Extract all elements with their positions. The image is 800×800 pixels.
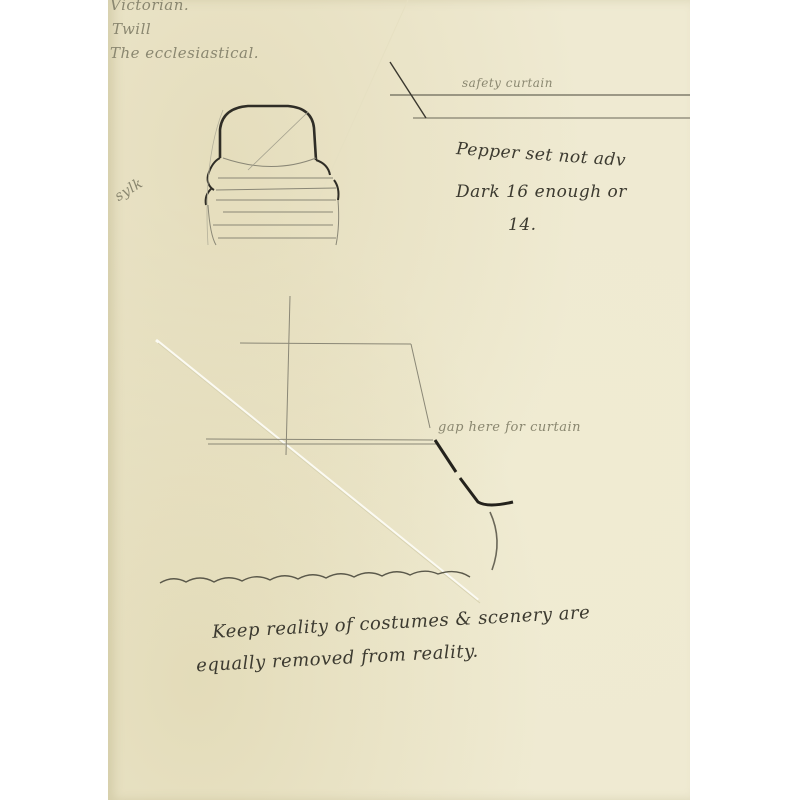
sketch-paper: Victorian. Twill The ecclesiastical. syl… — [108, 0, 690, 800]
note-gap-for-curtain: gap here for curtain — [438, 420, 581, 435]
note-14: 14. — [508, 215, 537, 235]
note-ecclesiastical: The ecclesiastical. — [110, 44, 259, 62]
note-dark-16: Dark 16 enough or — [456, 182, 627, 202]
bag-drawing — [206, 106, 339, 245]
curtain-outline — [160, 440, 513, 583]
note-twill: Twill — [112, 20, 151, 38]
note-victorian: Victorian. — [110, 0, 189, 14]
stage-trapezoid — [206, 296, 438, 455]
note-safety-curtain: safety curtain — [462, 76, 553, 90]
safety-curtain-lines — [390, 62, 690, 118]
pencil-sketches — [108, 0, 690, 800]
